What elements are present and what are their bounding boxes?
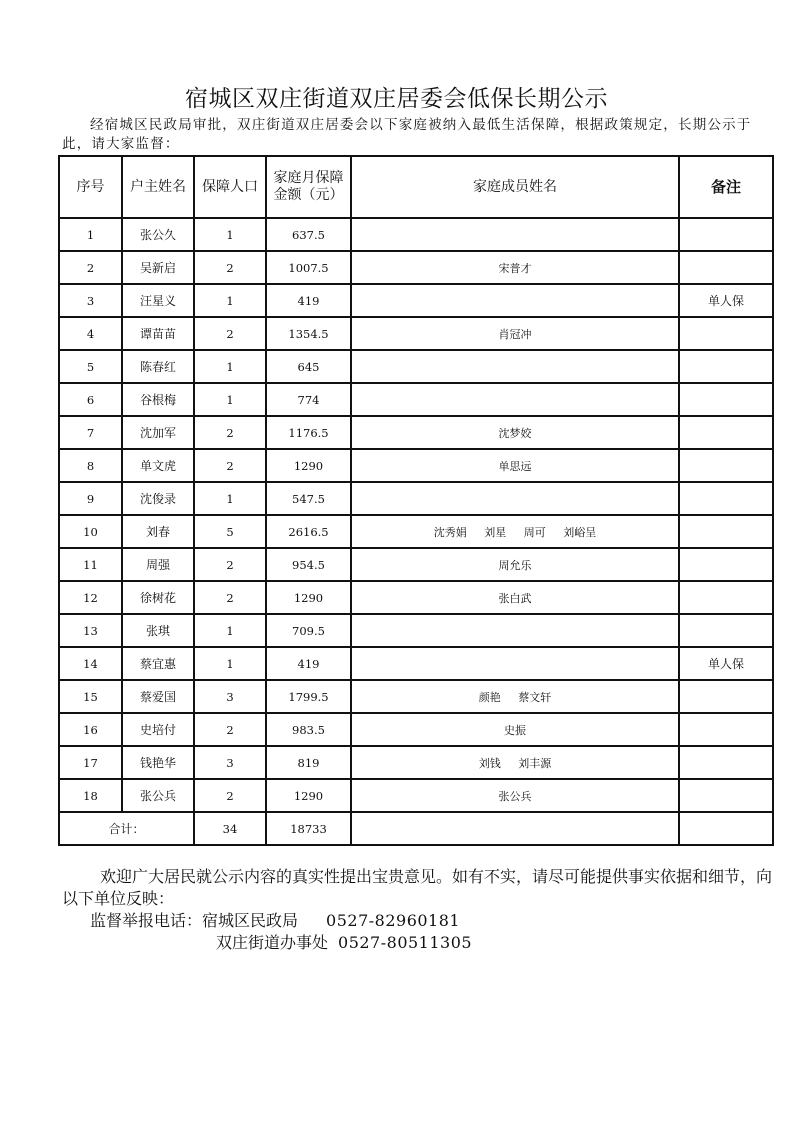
cell-amount: 1290: [266, 779, 351, 812]
cell-remark: [679, 449, 773, 482]
cell-covered-people: 2: [194, 251, 266, 284]
cell-members: 沈梦姣: [351, 416, 679, 449]
cell-members: [351, 647, 679, 680]
cell-head-name: 汪星义: [122, 284, 194, 317]
cell-members: 刘钱 刘丰源: [351, 746, 679, 779]
cell-covered-people: 2: [194, 416, 266, 449]
cell-head-name: 谭苗苗: [122, 317, 194, 350]
cell-remark: [679, 383, 773, 416]
table-row: 8 单文虎 2 1290 单思远: [59, 449, 773, 482]
cell-amount: 1290: [266, 581, 351, 614]
table-row: 4 谭苗苗 2 1354.5 肖冠冲: [59, 317, 773, 350]
contact-phone: 0527-82960181: [326, 911, 460, 930]
cell-members: [351, 482, 679, 515]
cell-head-name: 张公久: [122, 218, 194, 251]
contact-unit: 双庄街道办事处: [216, 933, 328, 952]
table-row: 13 张琪 1 709.5: [59, 614, 773, 647]
cell-amount: 983.5: [266, 713, 351, 746]
cell-head-name: 谷根梅: [122, 383, 194, 416]
cell-covered-people: 5: [194, 515, 266, 548]
total-remark: [679, 812, 773, 845]
cell-index: 9: [59, 482, 122, 515]
cell-members: 宋普才: [351, 251, 679, 284]
cell-head-name: 史培付: [122, 713, 194, 746]
cell-members: [351, 614, 679, 647]
footer-notice: 欢迎广大居民就公示内容的真实性提出宝贵意见。如有不实，请尽可能提供事实依据和细节…: [62, 866, 774, 954]
column-header-index: 序号: [59, 156, 122, 218]
total-label: 合计：: [59, 812, 194, 845]
cell-remark: [679, 779, 773, 812]
cell-index: 8: [59, 449, 122, 482]
cell-covered-people: 1: [194, 218, 266, 251]
column-header-members: 家庭成员姓名: [351, 156, 679, 218]
contact-phone: 0527-80511305: [338, 933, 472, 952]
cell-index: 2: [59, 251, 122, 284]
cell-covered-people: 3: [194, 746, 266, 779]
cell-index: 18: [59, 779, 122, 812]
cell-amount: 709.5: [266, 614, 351, 647]
cell-remark: [679, 416, 773, 449]
cell-amount: 637.5: [266, 218, 351, 251]
cell-covered-people: 1: [194, 647, 266, 680]
table-row: 16 史培付 2 983.5 史振: [59, 713, 773, 746]
cell-remark: [679, 713, 773, 746]
column-header-covered-people: 保障人口: [194, 156, 266, 218]
cell-amount: 1354.5: [266, 317, 351, 350]
cell-amount: 2616.5: [266, 515, 351, 548]
page-title: 宿城区双庄街道双庄居委会低保长期公示: [0, 80, 793, 113]
table-row: 11 周强 2 954.5 周允乐: [59, 548, 773, 581]
table-row: 2 吴新启 2 1007.5 宋普才: [59, 251, 773, 284]
cell-head-name: 沈俊录: [122, 482, 194, 515]
cell-members: 周允乐: [351, 548, 679, 581]
cell-head-name: 周强: [122, 548, 194, 581]
cell-amount: 954.5: [266, 548, 351, 581]
cell-amount: 1176.5: [266, 416, 351, 449]
cell-remark: [679, 515, 773, 548]
table-total-row: 合计： 34 18733: [59, 812, 773, 845]
table-body: 1 张公久 1 637.5 2 吴新启 2 1007.5 宋普才 3 汪星义 1…: [59, 218, 773, 845]
table-row: 14 蔡宜惠 1 419 单人保: [59, 647, 773, 680]
table-row: 1 张公久 1 637.5: [59, 218, 773, 251]
cell-remark: 单人保: [679, 284, 773, 317]
cell-covered-people: 2: [194, 548, 266, 581]
table-row: 7 沈加军 2 1176.5 沈梦姣: [59, 416, 773, 449]
cell-remark: [679, 548, 773, 581]
cell-amount: 1007.5: [266, 251, 351, 284]
cell-amount: 419: [266, 284, 351, 317]
cell-index: 3: [59, 284, 122, 317]
cell-amount: 645: [266, 350, 351, 383]
cell-amount: 1290: [266, 449, 351, 482]
cell-index: 12: [59, 581, 122, 614]
contact-unit: 宿城区民政局: [202, 911, 298, 930]
cell-index: 5: [59, 350, 122, 383]
cell-remark: [679, 746, 773, 779]
cell-head-name: 徐树花: [122, 581, 194, 614]
cell-remark: [679, 251, 773, 284]
cell-index: 10: [59, 515, 122, 548]
cell-remark: [679, 317, 773, 350]
hotline-line-2: 双庄街道办事处0527-80511305: [62, 932, 774, 954]
cell-covered-people: 2: [194, 581, 266, 614]
cell-members: 沈秀娟 刘星 周可 刘峪呈: [351, 515, 679, 548]
cell-remark: [679, 482, 773, 515]
intro-paragraph: 经宿城区民政局审批，双庄街道双庄居委会以下家庭被纳入最低生活保障，根据政策规定，…: [62, 116, 774, 154]
table-row: 18 张公兵 2 1290 张公兵: [59, 779, 773, 812]
cell-amount: 819: [266, 746, 351, 779]
cell-head-name: 蔡宜惠: [122, 647, 194, 680]
table-row: 17 钱艳华 3 819 刘钱 刘丰源: [59, 746, 773, 779]
cell-remark: [679, 581, 773, 614]
table-row: 15 蔡爱国 3 1799.5 颜艳 蔡文轩: [59, 680, 773, 713]
cell-head-name: 陈春红: [122, 350, 194, 383]
column-header-remark: 备注: [679, 156, 773, 218]
hotline-line-1: 监督举报电话：宿城区民政局0527-82960181: [62, 910, 774, 932]
cell-remark: [679, 350, 773, 383]
table-row: 3 汪星义 1 419 单人保: [59, 284, 773, 317]
cell-members: [351, 284, 679, 317]
cell-covered-people: 1: [194, 284, 266, 317]
cell-index: 6: [59, 383, 122, 416]
cell-covered-people: 1: [194, 614, 266, 647]
subsistence-allowance-table: 序号 户主姓名 保障人口 家庭月保障金额（元） 家庭成员姓名 备注 1 张公久 …: [58, 155, 774, 846]
cell-head-name: 蔡爱国: [122, 680, 194, 713]
cell-amount: 419: [266, 647, 351, 680]
table-header-row: 序号 户主姓名 保障人口 家庭月保障金额（元） 家庭成员姓名 备注: [59, 156, 773, 218]
total-amount: 18733: [266, 812, 351, 845]
cell-members: 张白武: [351, 581, 679, 614]
table-row: 9 沈俊录 1 547.5: [59, 482, 773, 515]
cell-members: 张公兵: [351, 779, 679, 812]
cell-head-name: 吴新启: [122, 251, 194, 284]
cell-covered-people: 1: [194, 383, 266, 416]
cell-covered-people: 2: [194, 449, 266, 482]
cell-index: 1: [59, 218, 122, 251]
cell-members: [351, 218, 679, 251]
total-members: [351, 812, 679, 845]
table-row: 12 徐树花 2 1290 张白武: [59, 581, 773, 614]
cell-index: 16: [59, 713, 122, 746]
cell-remark: [679, 614, 773, 647]
table-row: 10 刘春 5 2616.5 沈秀娟 刘星 周可 刘峪呈: [59, 515, 773, 548]
total-covered-people: 34: [194, 812, 266, 845]
cell-head-name: 张公兵: [122, 779, 194, 812]
cell-head-name: 张琪: [122, 614, 194, 647]
cell-members: [351, 383, 679, 416]
cell-index: 4: [59, 317, 122, 350]
hotline-label: 监督举报电话：: [90, 911, 202, 930]
column-header-head-name: 户主姓名: [122, 156, 194, 218]
cell-index: 13: [59, 614, 122, 647]
table-row: 5 陈春红 1 645: [59, 350, 773, 383]
cell-covered-people: 3: [194, 680, 266, 713]
cell-covered-people: 1: [194, 482, 266, 515]
cell-remark: [679, 218, 773, 251]
cell-remark: [679, 680, 773, 713]
cell-members: [351, 350, 679, 383]
cell-amount: 547.5: [266, 482, 351, 515]
column-header-amount: 家庭月保障金额（元）: [266, 156, 351, 218]
cell-amount: 1799.5: [266, 680, 351, 713]
cell-covered-people: 2: [194, 317, 266, 350]
cell-index: 17: [59, 746, 122, 779]
cell-index: 14: [59, 647, 122, 680]
cell-covered-people: 2: [194, 713, 266, 746]
cell-members: 单思远: [351, 449, 679, 482]
table-row: 6 谷根梅 1 774: [59, 383, 773, 416]
cell-head-name: 单文虎: [122, 449, 194, 482]
cell-members: 肖冠冲: [351, 317, 679, 350]
cell-amount: 774: [266, 383, 351, 416]
cell-covered-people: 2: [194, 779, 266, 812]
cell-covered-people: 1: [194, 350, 266, 383]
cell-head-name: 沈加军: [122, 416, 194, 449]
cell-members: 史振: [351, 713, 679, 746]
cell-head-name: 钱艳华: [122, 746, 194, 779]
cell-index: 15: [59, 680, 122, 713]
cell-index: 11: [59, 548, 122, 581]
cell-head-name: 刘春: [122, 515, 194, 548]
cell-remark: 单人保: [679, 647, 773, 680]
cell-index: 7: [59, 416, 122, 449]
feedback-paragraph: 欢迎广大居民就公示内容的真实性提出宝贵意见。如有不实，请尽可能提供事实依据和细节…: [62, 866, 774, 910]
cell-members: 颜艳 蔡文轩: [351, 680, 679, 713]
